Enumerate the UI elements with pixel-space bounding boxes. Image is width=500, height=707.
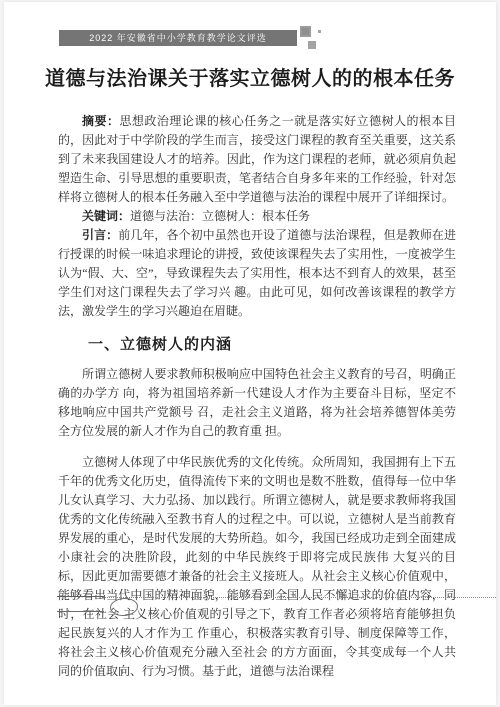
introduction-label: 引言： [82, 228, 118, 242]
decor-square-small-icon [308, 41, 316, 49]
document-page: 2022 年安徽省中小学教育教学论文评选 道德与法治课关于落实立德树人的的根本任… [4, 2, 496, 705]
proofreading-dotted-line [102, 597, 496, 598]
proofreading-underline-mark [57, 611, 104, 612]
decor-square-large-icon [300, 26, 311, 37]
section-heading: 一、立德树人的内涵 [58, 335, 456, 354]
keywords-line: 关键词：道德与法治：立德树人：根本任务 [58, 207, 456, 226]
keywords-text: 道德与法治：立德树人：根本任务 [130, 209, 310, 223]
section-paragraph-1: 所谓立德树人要求教师积极响应中国特色社会主义教育的号召，明确正确的办学方 向，将… [58, 365, 456, 441]
section-paragraph-2: 立德树人体现了中华民族优秀的文化传统。众所周知，我国拥有上下五千年的优秀文化历史… [58, 453, 456, 681]
introduction-text: 前几年，各个初中虽然也开设了道德与法治课程，但是教师在进行授课的时候一味追求理论… [58, 228, 456, 318]
abstract-paragraph: 摘要：思想政治理论课的核心任务之一就是落实好立德树人的根本目的，因此对于中学阶段… [58, 112, 456, 207]
introduction-paragraph: 引言：前几年，各个初中虽然也开设了道德与法治课程，但是教师在进行授课的时候一味追… [58, 226, 456, 321]
decor-dot-icon [318, 30, 321, 33]
paper-body: 摘要：思想政治理论课的核心任务之一就是落实好立德树人的根本目的，因此对于中学阶段… [58, 112, 456, 681]
abstract-label: 摘要： [82, 114, 119, 128]
page-number: 1 [119, 668, 124, 679]
paper-title: 道德与法治课关于落实立德树人的的根本任务 [4, 62, 496, 91]
proofreading-overline-mark [57, 596, 104, 597]
keywords-label: 关键词： [82, 209, 130, 223]
contest-banner: 2022 年安徽省中小学教育教学论文评选 [59, 30, 297, 46]
